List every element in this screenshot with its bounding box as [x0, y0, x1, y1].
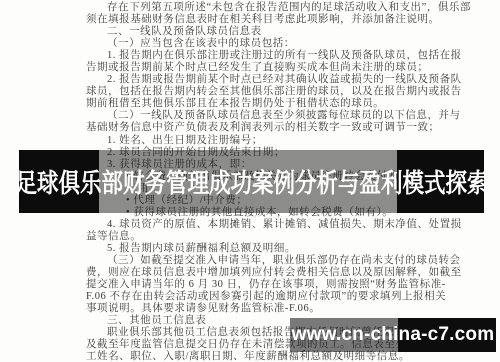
doc-line-4: （一）应当包含在该表中的球员包括：	[86, 38, 468, 50]
doc-line-11: 基础财务信息中资产负债表及利润表列示的相关数字一致或可调节一致；	[86, 122, 468, 134]
page-title-text: 足球俱乐部财务管理成功案例分析与盈利模式探索	[16, 163, 489, 201]
watermark-url: www.cn-china-c7.com	[290, 318, 496, 352]
doc-line-21: 5. 报告期内球员薪酬福利总额及明细。	[86, 243, 468, 255]
doc-line-1: 存在下列第五项所述“未包含在报告范围内的足球活动收入和支出”，俱乐部	[86, 2, 468, 14]
doc-line-20: 益等信息。	[86, 231, 468, 243]
doc-line-19: 4. 球员资产的原值、本期摊销、累计摊销、减值损失、期末净值、处置损	[86, 219, 468, 231]
doc-line-5: 1. 报告期内在俱乐部注册或注册过的所有一线队及预备队球员，包括在报	[86, 50, 468, 62]
doc-line-22: （三）如截至提交准入申请当年，职业俱乐部仍存在尚未支付的球员转会	[86, 255, 468, 267]
doc-line-9: 期前租借至其他俱乐部且在本报告期仍处于租借状态的球员。	[86, 98, 468, 110]
doc-line-25: F.06 不存在由转会活动或因参赛引起的逾期应付款项”的要求填列上报相关	[86, 291, 468, 303]
page-title: 足球俱乐部财务管理成功案例分析与盈利模式探索	[19, 150, 485, 213]
doc-line-12: 1. 姓名、出生日期及注册编号；	[86, 135, 468, 147]
doc-line-26: 事项说明。具体要求请参见财务监管标准-F.06。	[86, 303, 468, 315]
doc-line-30: 工姓名、职位、入职/离职日期、年度薪酬福利总额及明细等信息。	[86, 351, 468, 362]
doc-line-24: 提交准入申请当年的 6 月 30 日，仍存在该事项，则需按照“财务监管标准-	[86, 279, 468, 291]
doc-line-6: 告期或报告期前某个时点已经发生了直接购买成本但尚未注册的球员；	[86, 62, 468, 74]
doc-line-10: （二）一线队及预备队球员信息表至少须披露每位球员的以下信息，并与	[86, 110, 468, 122]
doc-line-3: 二、一线队及预备队球员信息表	[86, 26, 468, 38]
doc-line-8: 球员，包括在报告期内转会至其他俱乐部注册的球员，以及在报告期内或报告	[86, 86, 468, 98]
doc-line-23: 费，则应在球员信息表中增加填列应付转会费相关信息以及原因解释，如截至	[86, 267, 468, 279]
doc-line-2: 须在填报基础财务信息表时在相关科目考虑此项影响，并添加备注说明。	[86, 14, 468, 26]
doc-line-7: 2. 报告期或报告期前某个时点已经对其确认收益或损失的一线队及预备队	[86, 74, 468, 86]
